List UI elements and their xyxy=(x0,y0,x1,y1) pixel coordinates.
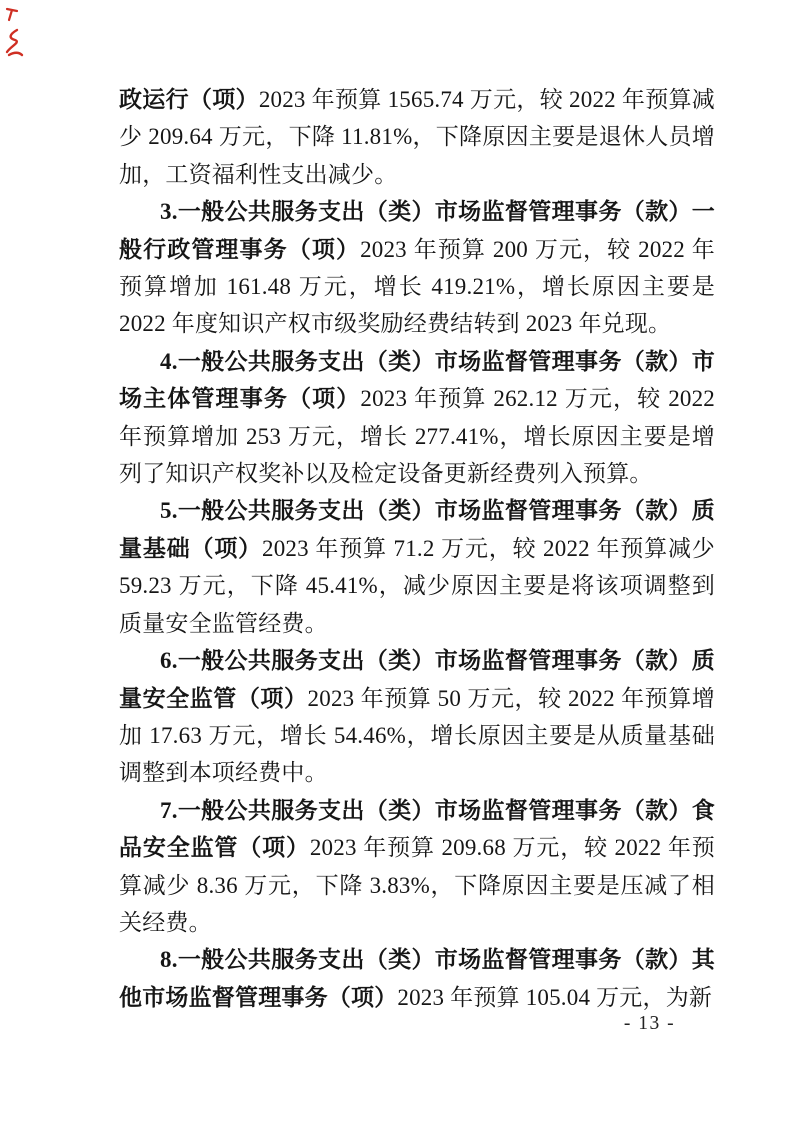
document-page: 政运行（项）2023 年预算 1565.74 万元，较 2022 年预算减少 2… xyxy=(0,0,793,1122)
red-annotation-marks xyxy=(3,6,29,62)
paragraph-continuation: 政运行（项）2023 年预算 1565.74 万元，较 2022 年预算减少 2… xyxy=(119,81,715,193)
paragraph-item-6: 6.一般公共服务支出（类）市场监督管理事务（款）质量安全监管（项）2023 年预… xyxy=(119,642,715,792)
paragraph-lead-bold: 政运行（项） xyxy=(119,87,259,112)
paragraph-item-3: 3.一般公共服务支出（类）市场监督管理事务（款）一般行政管理事务（项）2023 … xyxy=(119,193,715,343)
page-number: - 13 - xyxy=(612,1013,687,1035)
red-stamp-mark-icon xyxy=(3,6,21,24)
document-body: 政运行（项）2023 年预算 1565.74 万元，较 2022 年预算减少 2… xyxy=(119,81,715,1016)
paragraph-body-text: 2023 年预算 105.04 万元，为新 xyxy=(397,985,712,1010)
paragraph-item-5: 5.一般公共服务支出（类）市场监督管理事务（款）质量基础（项）2023 年预算 … xyxy=(119,492,715,642)
paragraph-item-4: 4.一般公共服务支出（类）市场监督管理事务（款）市场主体管理事务（项）2023 … xyxy=(119,343,715,493)
paragraph-item-8: 8.一般公共服务支出（类）市场监督管理事务（款）其他市场监督管理事务（项）202… xyxy=(119,941,715,1016)
red-stamp-mark-icon xyxy=(3,28,25,58)
paragraph-item-7: 7.一般公共服务支出（类）市场监督管理事务（款）食品安全监管（项）2023 年预… xyxy=(119,792,715,942)
